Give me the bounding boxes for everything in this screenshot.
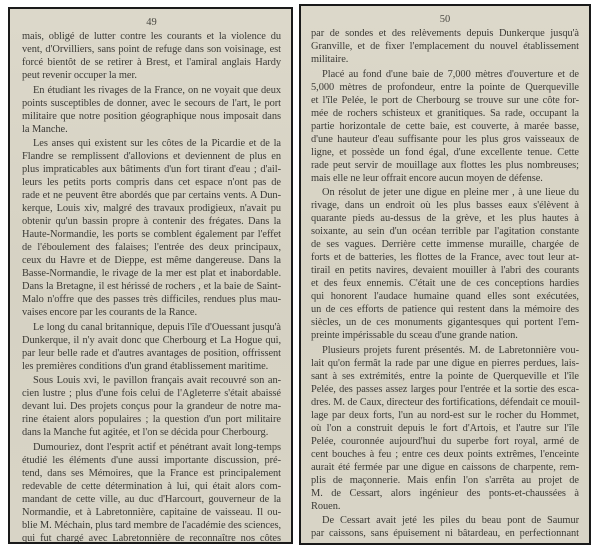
text-line: militaire que notre position géographiqu… <box>22 110 281 123</box>
text-line: d'une hauteur d'eau suffisante pour les … <box>311 133 579 146</box>
text-line: et des feux ennemis. C'était une de ces … <box>311 277 579 290</box>
text-line: De Cessart avait jeté les piles du beau … <box>311 514 579 527</box>
text-line: preinte impérissable du sceau d'une gran… <box>311 329 579 342</box>
text-line: qui honorent l'audace humaine quand elle… <box>311 290 579 303</box>
text-line: mandant de cette ville, au duc d'Harcour… <box>22 493 281 506</box>
text-line: M. de Cessart, alors ingénieur des ponts… <box>311 487 579 500</box>
text-line: rade et ne peuvent être abordés que par … <box>22 189 281 202</box>
text-line: lait qu'on fermât la rade par une digue … <box>311 357 579 370</box>
text-line: les premières conditions d'un grand étab… <box>22 360 281 373</box>
text-line: Malo n'offre que des passes très diffici… <box>22 293 281 306</box>
paragraph-gap <box>311 540 579 542</box>
page-number: 49 <box>22 17 281 29</box>
text-line: et l'île Pelée, le port de Cherbourg se … <box>311 94 579 107</box>
paragraph: Placé au fond d'une baie de 7,000 mètres… <box>311 68 579 185</box>
text-line: Basse-Normandie, le rivage de la mer est… <box>22 267 281 280</box>
text-line: où l'on a construit depuis le fort d'Art… <box>311 422 579 435</box>
text-line: sant à ses extrémités, entre la pointe d… <box>311 370 579 383</box>
text-line: rine étaient alors populaires ; la quest… <box>22 413 281 426</box>
text-line: quarante pieds au-dessus de la grève, et… <box>311 212 579 225</box>
paragraph: De Cessart avait jeté les piles du beau … <box>311 514 579 540</box>
paragraph: En étudiant les rivages de la France, on… <box>22 84 281 136</box>
text-line: Pelée, des passes assez larges pour l'en… <box>311 383 579 396</box>
paragraph: Sous Louis xvi, le pavillon français ava… <box>22 374 281 439</box>
text-line: de ses vagues. Derrière cette immense mu… <box>311 238 579 251</box>
page-number: 50 <box>311 14 579 26</box>
text-line: cent bouches à feu ; entre ces deux poin… <box>311 448 579 461</box>
text-line: rade peut servir de mouillage aux flotte… <box>311 159 579 172</box>
text-line: Rouen. <box>311 500 579 513</box>
text-line: Granville, et de fixer l'emplacement du … <box>311 40 579 53</box>
book-page-left: 49mais, obligé de lutter contre les cour… <box>8 7 293 544</box>
text-line: 5,000 mètres de profondeur, entre la poi… <box>311 81 579 94</box>
paragraph: mais, obligé de lutter contre les couran… <box>22 30 281 82</box>
text-line: obtenir qu'un bassin propre à contenir d… <box>22 215 281 228</box>
text-line: vaises encore par les courants de la Ran… <box>22 306 281 319</box>
text-line: Sous Louis xvi, le pavillon français ava… <box>22 374 281 387</box>
text-line: étudié les éléments d'une aussi importan… <box>22 454 281 467</box>
text-line: vent, d'Orvilliers, sans point de refuge… <box>22 43 281 56</box>
text-line: plis de maçonnerie. Mais enfin l'on s'ar… <box>311 474 579 487</box>
text-line: ceux du Havre et de Dieppe, est même dan… <box>22 254 281 267</box>
paragraph: Dumouriez, dont l'esprit actif et pénétr… <box>22 441 281 545</box>
paragraph: Le long du canal britannique, depuis l'î… <box>22 321 281 373</box>
text-line: points susceptibles de donner, avec le s… <box>22 97 281 110</box>
text-line: tend, dans ses Mémoires, que la France e… <box>22 467 281 480</box>
text-line: peut revenir occuper la mer. <box>22 69 281 82</box>
paragraph: On résolut de jeter une digue en pleine … <box>311 186 579 342</box>
text-line: cien lustre ; plus d'une fois celui de l… <box>22 387 281 400</box>
text-line: forcé bientôt de se retirer à Brest, et … <box>22 56 281 69</box>
text-line: tirail en petits navires, devaient mouil… <box>311 264 579 277</box>
text-line: dres. M. de Caux, directeur des fortific… <box>311 396 579 409</box>
text-line: plus impraticables aux bâtiments d'un fo… <box>22 163 281 176</box>
text-line: redevable de cette détermination à lui, … <box>22 480 281 493</box>
text-line: aurait été fermée par une digue en caiss… <box>311 461 579 474</box>
text-line: kerque, Louis xiv, malgré des travaux pr… <box>22 202 281 215</box>
text-line: par leur belle rade et d'autres avantage… <box>22 347 281 360</box>
text-line: En étudiant les rivages de la France, on… <box>22 84 281 97</box>
paragraph: Plusieurs projets furent présentés. M. d… <box>311 344 579 513</box>
text-line: leurs les petits ports compris dans cet … <box>22 176 281 189</box>
text-line: militaire. <box>311 53 579 66</box>
text-line: de l'éboulement des falaises; l'entrée d… <box>22 241 281 254</box>
text-line: Flandre se remplissent d'allovions et de… <box>22 150 281 163</box>
text-line: rivage, dans un endroit où les plus bass… <box>311 199 579 212</box>
text-line: Dumouriez, dont l'esprit actif et pénétr… <box>22 441 281 454</box>
text-line: ligne, et possède un fond égal, d'une ex… <box>311 146 579 159</box>
text-line: Le long du canal britannique, depuis l'î… <box>22 321 281 334</box>
text-line: Placé au fond d'une baie de 7,000 mètres… <box>311 68 579 81</box>
text-line: devant lui. Des projets conçus pour la g… <box>22 400 281 413</box>
text-line: Pelée, couronnée aujourd'hui du superbe … <box>311 435 579 448</box>
text-line: qui fut chargé avec Labretonnière de rec… <box>22 532 281 545</box>
text-line: soixante, au sein d'un océan terrible pa… <box>311 225 579 238</box>
text-line: siècles, un de ces monuments gigantesque… <box>311 316 579 329</box>
paragraph: Les anses qui existent sur les côtes de … <box>22 137 281 319</box>
text-line: par caissons, sans épuisement ni bâtarde… <box>311 527 579 540</box>
text-line: Dans la Bretagne, il est hérissé de roch… <box>22 280 281 293</box>
text-line: forts et de batteries, les flottes de la… <box>311 251 579 264</box>
text-line: un de ces efforts de patience qui resten… <box>311 303 579 316</box>
book-page-right: 50par de sondes et des relèvements depui… <box>299 4 591 545</box>
text-line: mais, obligé de lutter contre les couran… <box>22 30 281 43</box>
text-line: Les anses qui existent sur les côtes de … <box>22 137 281 150</box>
text-line: par de sondes et des relèvements depuis … <box>311 27 579 40</box>
text-line: mée de rochers schisteux et granitiques.… <box>311 107 579 120</box>
text-line: la Manche. <box>22 123 281 136</box>
text-line: On résolut de jeter une digue en pleine … <box>311 186 579 199</box>
text-line: Normandie, et à Labretonnière, capitaine… <box>22 506 281 519</box>
text-line: partie horizontale de cette baie, est co… <box>311 120 579 133</box>
paragraph: par de sondes et des relèvements depuis … <box>311 27 579 66</box>
text-line: blie M. Méchain, plus tard membre de l'a… <box>22 519 281 532</box>
text-line: Plusieurs projets furent présentés. M. d… <box>311 344 579 357</box>
text-line: dans la Manche fut agitée, et l'on se dé… <box>22 426 281 439</box>
text-line: mais elle ne leur offrait encore aucun m… <box>311 172 579 185</box>
text-line: Dunkerque, il n'y avait donc que Cherbou… <box>22 334 281 347</box>
text-line: Haute-Normandie, les ports se comblent é… <box>22 228 281 241</box>
text-line: lage par deux forts, l'un au nord-est su… <box>311 409 579 422</box>
